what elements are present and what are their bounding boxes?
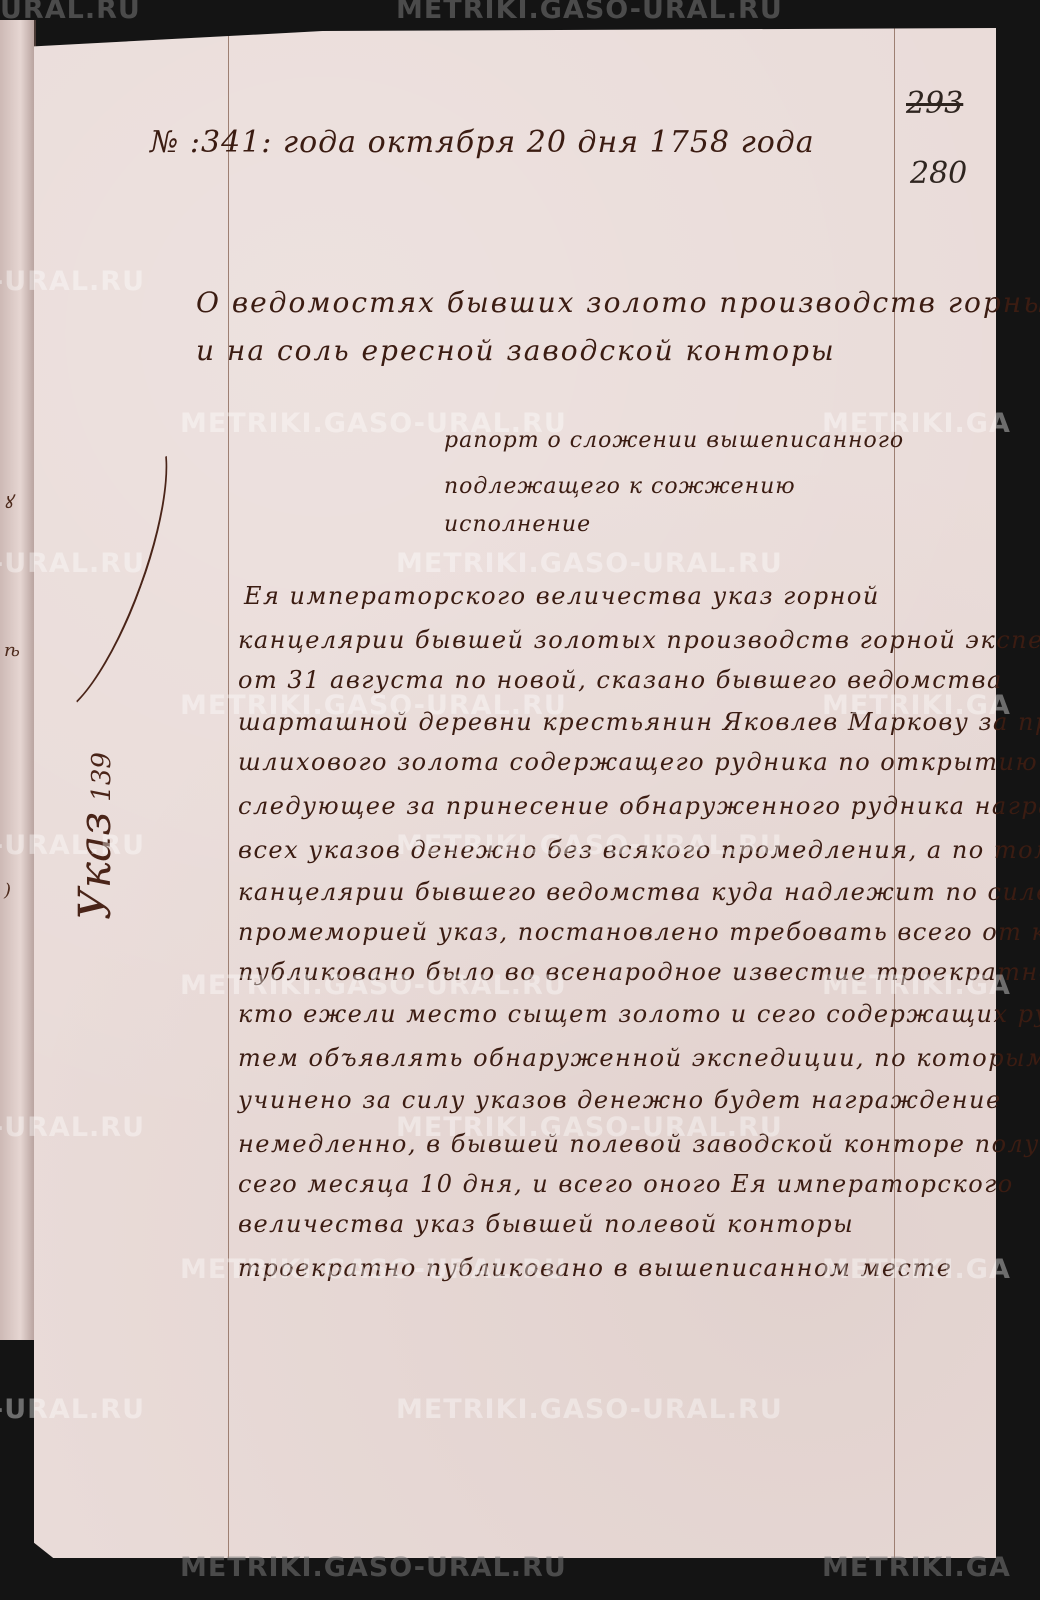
marginal-note-text: Указ <box>70 812 121 920</box>
marginal-note-number: 139 <box>87 752 117 802</box>
body-line: сего месяца 10 дня, и всего оного Ея имп… <box>238 1170 1014 1198</box>
body-line: величества указ бывшей полевой конторы <box>238 1210 854 1238</box>
body-line: промеморией указ, постановлено требовать… <box>238 918 1040 946</box>
title-line-1: О ведомостях бывших золото производств г… <box>196 286 1040 319</box>
facing-page-edge: ꙋ ѣ ) <box>0 20 36 1340</box>
marginal-note: Указ139 <box>70 752 121 920</box>
body-line: публиковано было во всенародное известие… <box>238 958 1040 986</box>
entry-header: № :341: года октября 20 дня 1758 года <box>150 125 815 160</box>
body-line: тем объявлять обнаруженной экспедиции, п… <box>238 1044 1040 1072</box>
title-line-2: и на соль ересной заводской конторы <box>196 334 836 367</box>
body-line: следующее за принесение обнаруженного ру… <box>238 792 1040 820</box>
body-line: шлихового золота содержащего рудника по … <box>238 748 1040 776</box>
watermark-text: METRIKI.GASO-URAL.RU <box>396 0 783 25</box>
subtitle-line-1: рапорт о сложении вышеписанного <box>444 428 904 453</box>
left-margin-rule <box>228 28 229 1558</box>
body-line: немедленно, в бывшей полевой заводской к… <box>238 1130 1040 1158</box>
body-line: кто ежели место сыщет золото и сего соде… <box>238 1000 1040 1028</box>
body-line: канцелярии бывшего ведомства куда надлеж… <box>238 878 1040 906</box>
body-line: канцелярии бывшей золотых производств го… <box>238 626 1040 654</box>
subtitle-line-2: подлежащего к сожжению <box>444 474 796 499</box>
folio-number-current: 280 <box>910 156 967 191</box>
subtitle-line-3: исполнение <box>444 512 591 537</box>
folio-number-struck: 293 <box>906 86 963 121</box>
body-line: шарташной деревни крестьянин Яковлев Мар… <box>238 708 1040 736</box>
body-line: от 31 августа по новой, сказано бывшего … <box>238 666 1003 694</box>
facing-page-fragment: ꙋ <box>4 490 12 514</box>
body-line: Ея императорского величества указ горной <box>244 582 880 610</box>
facing-page-fragment: ѣ <box>4 640 20 661</box>
facing-page-fragment: ) <box>4 880 11 901</box>
body-line: троекратно публиковано в вышеписанном ме… <box>238 1254 952 1282</box>
body-line: учинено за силу указов денежно будет наг… <box>238 1086 1002 1114</box>
body-line: всех указов денежно без всякого промедле… <box>238 836 1040 864</box>
